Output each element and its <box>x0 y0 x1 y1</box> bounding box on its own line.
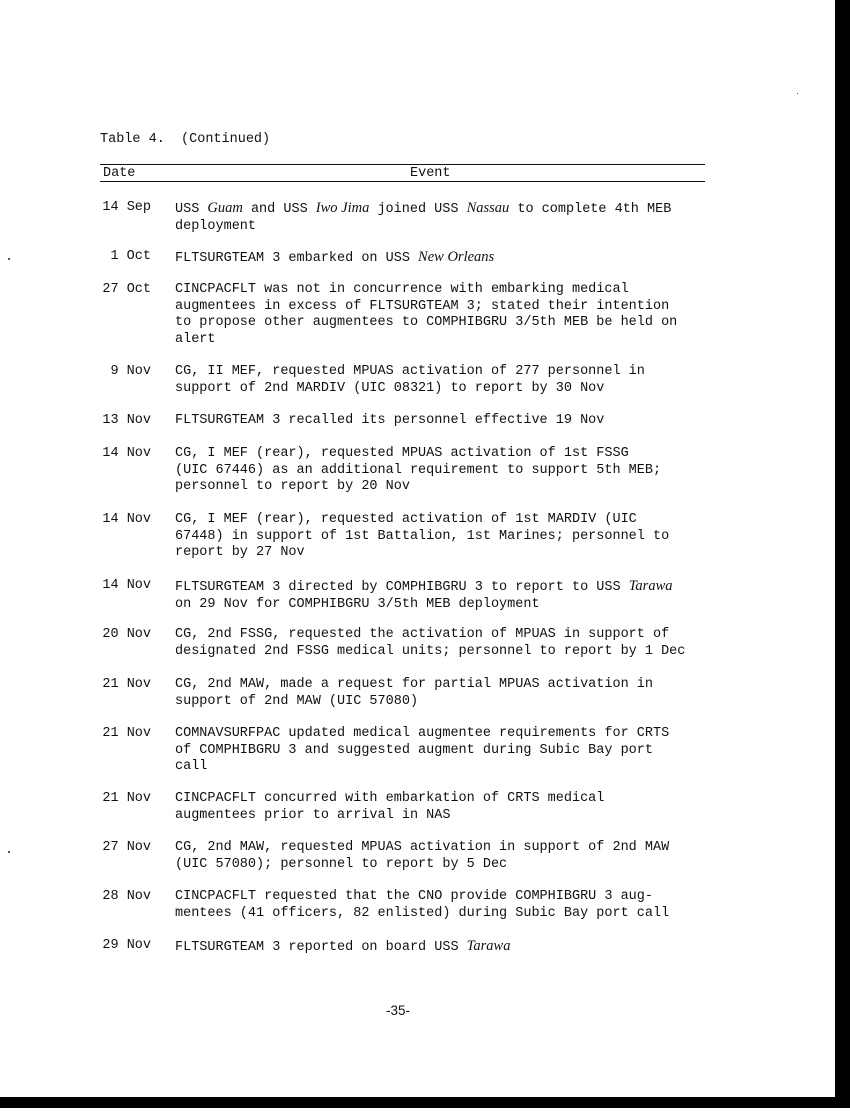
event-text: 67448) in support of 1st Battalion, 1st … <box>175 529 669 544</box>
event-line: FLTSURGTEAM 3 embarked on USS New Orlean… <box>175 249 710 268</box>
scan-speck <box>8 258 10 260</box>
row-date: 20 Nov <box>99 627 151 644</box>
event-line: designated 2nd FSSG medical units; perso… <box>175 644 710 661</box>
event-text: on 29 Nov for COMPHIBGRU 3/5th MEB deplo… <box>175 597 540 612</box>
page-number: -35- <box>386 1003 410 1018</box>
event-text: joined USS <box>369 202 466 217</box>
event-text: CINCPACFLT requested that the CNO provid… <box>175 889 653 904</box>
row-event: CG, 2nd FSSG, requested the activation o… <box>175 627 710 660</box>
event-text: COMNAVSURFPAC updated medical augmentee … <box>175 726 669 741</box>
ship-name: Guam <box>207 200 242 216</box>
event-text: CINCPACFLT concurred with embarkation of… <box>175 791 604 806</box>
row-event: USS Guam and USS Iwo Jima joined USS Nas… <box>175 200 710 235</box>
event-text: personnel to report by 20 Nov <box>175 479 410 494</box>
event-text: USS <box>175 202 207 217</box>
scan-border-bottom <box>0 1097 850 1108</box>
event-line: CG, 2nd FSSG, requested the activation o… <box>175 627 710 644</box>
row-date: 13 Nov <box>99 413 151 430</box>
row-event: COMNAVSURFPAC updated medical augmentee … <box>175 726 710 776</box>
row-event: FLTSURGTEAM 3 recalled its personnel eff… <box>175 413 710 430</box>
event-text: report by 27 Nov <box>175 545 305 560</box>
event-line: 67448) in support of 1st Battalion, 1st … <box>175 529 710 546</box>
column-header-date: Date <box>103 166 135 181</box>
event-line: COMNAVSURFPAC updated medical augmentee … <box>175 726 710 743</box>
event-line: to propose other augmentees to COMPHIBGR… <box>175 315 710 332</box>
event-text: designated 2nd FSSG medical units; perso… <box>175 644 685 659</box>
event-text: CG, I MEF (rear), requested MPUAS activa… <box>175 446 629 461</box>
row-date: 21 Nov <box>99 726 151 743</box>
row-event: CINCPACFLT concurred with embarkation of… <box>175 791 710 824</box>
event-line: FLTSURGTEAM 3 reported on board USS Tara… <box>175 938 710 957</box>
row-event: CG, 2nd MAW, made a request for partial … <box>175 677 710 710</box>
event-line: CG, I MEF (rear), requested activation o… <box>175 512 710 529</box>
event-line: personnel to report by 20 Nov <box>175 479 710 496</box>
event-text: FLTSURGTEAM 3 directed by COMPHIBGRU 3 t… <box>175 580 629 595</box>
event-line: CINCPACFLT concurred with embarkation of… <box>175 791 710 808</box>
event-line: augmentees prior to arrival in NAS <box>175 808 710 825</box>
event-text: alert <box>175 332 216 347</box>
row-event: FLTSURGTEAM 3 reported on board USS Tara… <box>175 938 710 957</box>
document-page: Table 4. (Continued) Date Event 14 SepUS… <box>0 0 835 1097</box>
ship-name: Tarawa <box>467 938 511 954</box>
ship-name: Nassau <box>467 200 510 216</box>
row-date: 21 Nov <box>99 791 151 808</box>
table-top-rule <box>100 164 705 165</box>
event-line: on 29 Nov for COMPHIBGRU 3/5th MEB deplo… <box>175 597 710 614</box>
event-line: CG, I MEF (rear), requested MPUAS activa… <box>175 446 710 463</box>
event-text: (UIC 67446) as an additional requirement… <box>175 463 661 478</box>
event-line: alert <box>175 332 710 349</box>
event-text: CG, 2nd FSSG, requested the activation o… <box>175 627 669 642</box>
row-date: 28 Nov <box>99 889 151 906</box>
row-date: 21 Nov <box>99 677 151 694</box>
ship-name: New Orleans <box>418 249 494 265</box>
event-text: to propose other augmentees to COMPHIBGR… <box>175 315 677 330</box>
event-text: mentees (41 officers, 82 enlisted) durin… <box>175 906 669 921</box>
scan-speck <box>8 851 10 853</box>
event-line: deployment <box>175 219 710 236</box>
row-event: CG, 2nd MAW, requested MPUAS activation … <box>175 840 710 873</box>
event-line: CG, 2nd MAW, made a request for partial … <box>175 677 710 694</box>
row-date: 14 Sep <box>99 200 151 217</box>
scan-speck <box>797 93 798 94</box>
row-date: 27 Oct <box>99 282 151 299</box>
event-text: CG, 2nd MAW, made a request for partial … <box>175 677 653 692</box>
event-text: support of 2nd MAW (UIC 57080) <box>175 694 418 709</box>
event-text: augmentees prior to arrival in NAS <box>175 808 450 823</box>
event-line: CG, 2nd MAW, requested MPUAS activation … <box>175 840 710 857</box>
event-text: and USS <box>243 202 316 217</box>
event-text: CG, II MEF, requested MPUAS activation o… <box>175 364 645 379</box>
ship-name: Tarawa <box>629 578 673 594</box>
scan-border-right <box>835 0 850 1108</box>
row-date: 14 Nov <box>99 578 151 595</box>
event-text: CINCPACFLT was not in concurrence with e… <box>175 282 629 297</box>
event-line: (UIC 67446) as an additional requirement… <box>175 463 710 480</box>
event-text: call <box>175 759 207 774</box>
row-event: FLTSURGTEAM 3 embarked on USS New Orlean… <box>175 249 710 268</box>
row-event: CG, I MEF (rear), requested MPUAS activa… <box>175 446 710 496</box>
row-date: 1 Oct <box>99 249 151 266</box>
page-margin <box>0 1108 850 1115</box>
event-line: CG, II MEF, requested MPUAS activation o… <box>175 364 710 381</box>
event-line: mentees (41 officers, 82 enlisted) durin… <box>175 906 710 923</box>
event-line: CINCPACFLT was not in concurrence with e… <box>175 282 710 299</box>
event-line: support of 2nd MARDIV (UIC 08321) to rep… <box>175 381 710 398</box>
event-line: FLTSURGTEAM 3 recalled its personnel eff… <box>175 413 710 430</box>
event-text: CG, I MEF (rear), requested activation o… <box>175 512 637 527</box>
event-text: deployment <box>175 219 256 234</box>
event-text: augmentees in excess of FLTSURGTEAM 3; s… <box>175 299 669 314</box>
event-line: of COMPHIBGRU 3 and suggested augment du… <box>175 743 710 760</box>
event-line: CINCPACFLT requested that the CNO provid… <box>175 889 710 906</box>
row-date: 29 Nov <box>99 938 151 955</box>
event-line: augmentees in excess of FLTSURGTEAM 3; s… <box>175 299 710 316</box>
row-event: CG, II MEF, requested MPUAS activation o… <box>175 364 710 397</box>
event-text: (UIC 57080); personnel to report by 5 De… <box>175 857 507 872</box>
event-text: CG, 2nd MAW, requested MPUAS activation … <box>175 840 669 855</box>
event-text: FLTSURGTEAM 3 reported on board USS <box>175 940 467 955</box>
ship-name: Iwo Jima <box>316 200 370 216</box>
row-event: CINCPACFLT requested that the CNO provid… <box>175 889 710 922</box>
row-date: 14 Nov <box>99 446 151 463</box>
event-text: of COMPHIBGRU 3 and suggested augment du… <box>175 743 653 758</box>
row-date: 14 Nov <box>99 512 151 529</box>
event-line: FLTSURGTEAM 3 directed by COMPHIBGRU 3 t… <box>175 578 710 597</box>
event-line: USS Guam and USS Iwo Jima joined USS Nas… <box>175 200 710 219</box>
column-header-event: Event <box>410 166 451 181</box>
row-event: CINCPACFLT was not in concurrence with e… <box>175 282 710 348</box>
event-line: report by 27 Nov <box>175 545 710 562</box>
event-text: to complete 4th MEB <box>509 202 671 217</box>
event-text: support of 2nd MARDIV (UIC 08321) to rep… <box>175 381 604 396</box>
row-date: 27 Nov <box>99 840 151 857</box>
event-line: (UIC 57080); personnel to report by 5 De… <box>175 857 710 874</box>
table-header-rule <box>100 181 705 182</box>
event-text: FLTSURGTEAM 3 recalled its personnel eff… <box>175 413 604 428</box>
table-caption: Table 4. (Continued) <box>100 132 270 147</box>
event-line: support of 2nd MAW (UIC 57080) <box>175 694 710 711</box>
row-event: FLTSURGTEAM 3 directed by COMPHIBGRU 3 t… <box>175 578 710 613</box>
event-line: call <box>175 759 710 776</box>
row-event: CG, I MEF (rear), requested activation o… <box>175 512 710 562</box>
event-text: FLTSURGTEAM 3 embarked on USS <box>175 251 418 266</box>
row-date: 9 Nov <box>99 364 151 381</box>
